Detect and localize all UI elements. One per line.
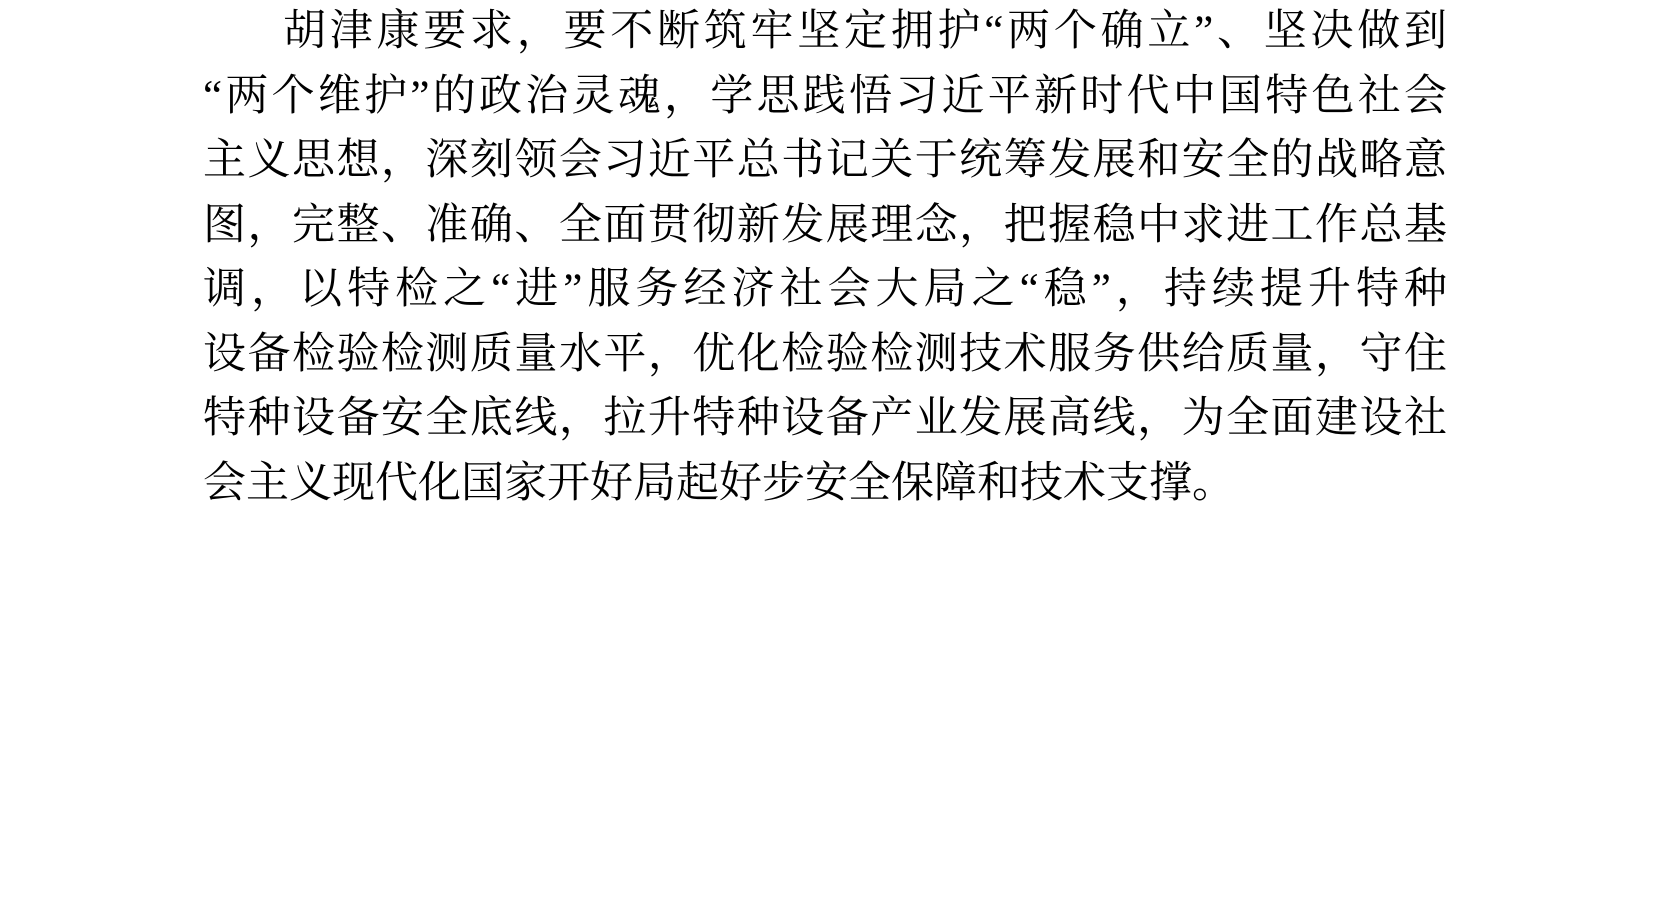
body-paragraph: 胡津康要求，要不断筑牢坚定拥护“两个确立”、坚决做到 “两个维护”的政治灵魂，学… bbox=[203, 0, 1447, 516]
paragraph-line-8: 会主义现代化国家开好局起好步安全保障和技术支撑。 bbox=[203, 452, 1447, 517]
paragraph-line-1: 胡津康要求，要不断筑牢坚定拥护“两个确立”、坚决做到 bbox=[203, 0, 1447, 65]
paragraph-line-4: 图，完整、准确、全面贯彻新发展理念，把握稳中求进工作总基 bbox=[203, 194, 1447, 259]
paragraph-line-7: 特种设备安全底线，拉升特种设备产业发展高线，为全面建设社 bbox=[203, 387, 1447, 452]
paragraph-line-3: 主义思想，深刻领会习近平总书记关于统筹发展和安全的战略意 bbox=[203, 129, 1447, 194]
document-page: 胡津康要求，要不断筑牢坚定拥护“两个确立”、坚决做到 “两个维护”的政治灵魂，学… bbox=[0, 0, 1654, 900]
paragraph-line-5: 调，以特检之“进”服务经济社会大局之“稳”，持续提升特种 bbox=[203, 258, 1447, 323]
paragraph-line-2: “两个维护”的政治灵魂，学思践悟习近平新时代中国特色社会 bbox=[203, 65, 1447, 130]
paragraph-line-6: 设备检验检测质量水平，优化检验检测技术服务供给质量，守住 bbox=[203, 323, 1447, 388]
